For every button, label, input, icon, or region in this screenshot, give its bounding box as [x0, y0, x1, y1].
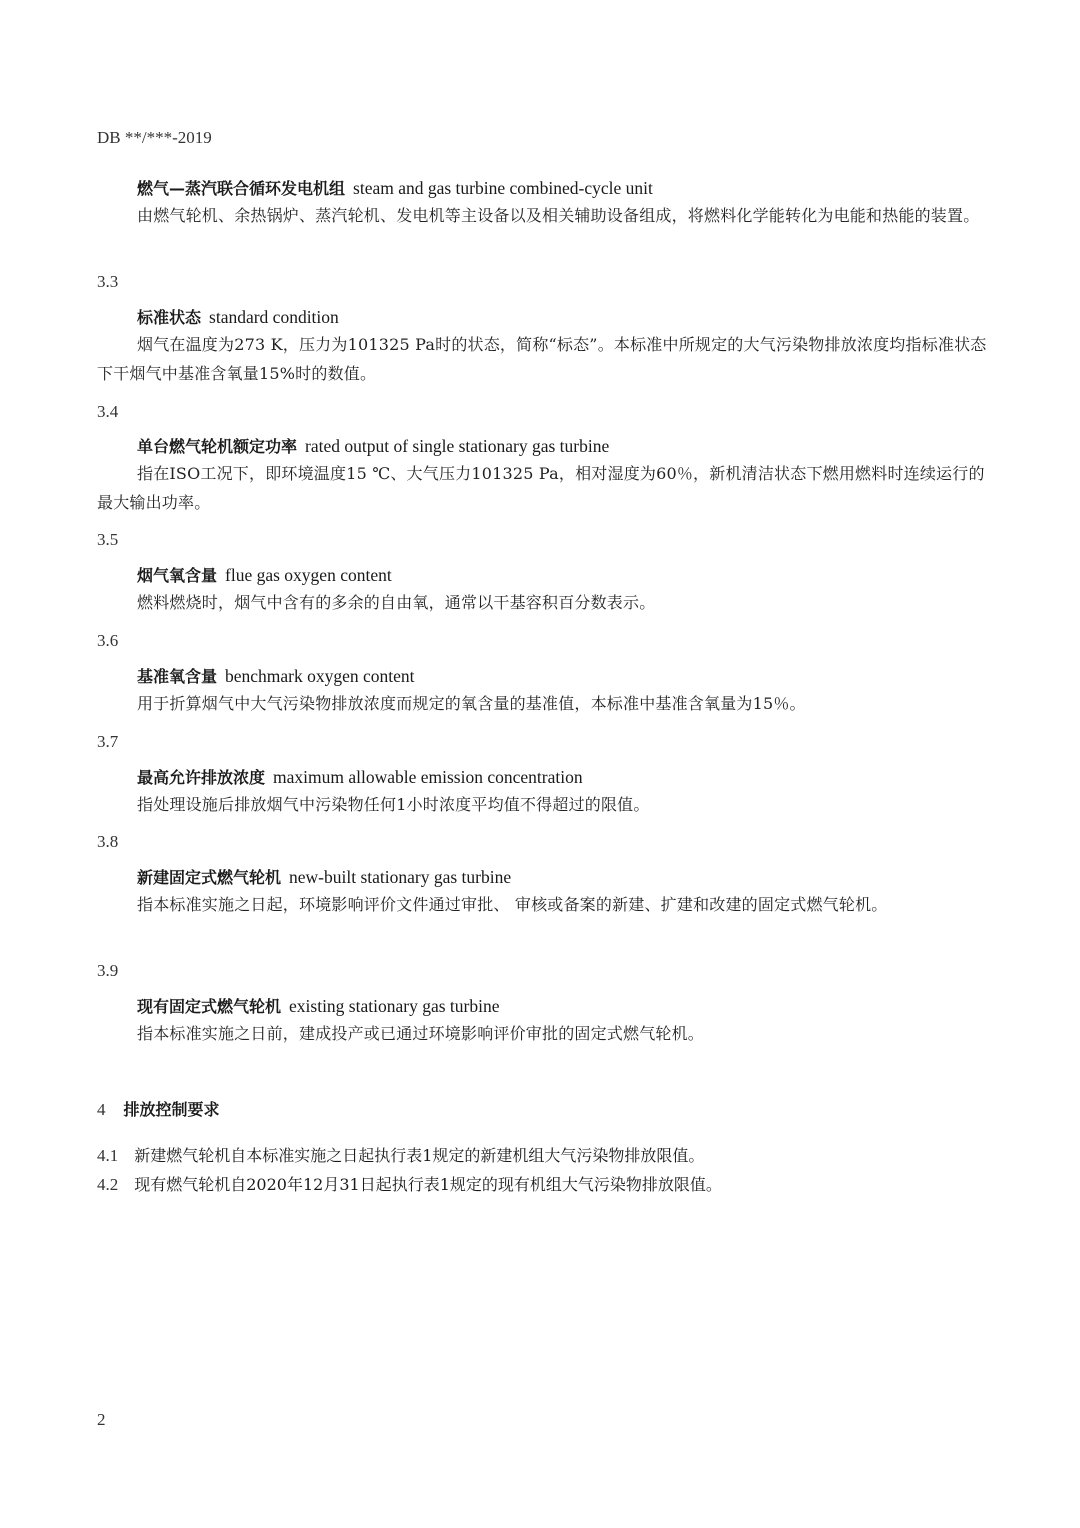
term-heading: 最高允许排放浓度maximum allowable emission conce…: [137, 765, 583, 788]
term-en: steam and gas turbine combined-cycle uni…: [353, 178, 653, 198]
clause-item: 4.1新建燃气轮机自本标准实施之日起执行表1规定的新建机组大气污染物排放限值。: [97, 1143, 704, 1166]
document-code: DB **/***-2019: [97, 128, 212, 148]
clause-number: 3.8: [97, 832, 118, 852]
page-number: 2: [97, 1410, 106, 1430]
term-zh: 现有固定式燃气轮机: [137, 997, 281, 1016]
term-zh: 基准氧含量: [137, 667, 217, 686]
term-zh: 最高允许排放浓度: [137, 768, 265, 787]
term-heading: 新建固定式燃气轮机new-built stationary gas turbin…: [137, 865, 511, 888]
term-en: flue gas oxygen content: [225, 565, 392, 585]
term-definition: 用于折算烟气中大气污染物排放浓度而规定的氧含量的基准值，本标准中基准含氧量为15…: [97, 689, 987, 718]
term-heading: 基准氧含量benchmark oxygen content: [137, 664, 415, 687]
term-en: existing stationary gas turbine: [289, 996, 499, 1016]
clause-item: 4.2现有燃气轮机自2020年12月31日起执行表1规定的现有机组大气污染物排放…: [97, 1172, 722, 1195]
term-en: new-built stationary gas turbine: [289, 867, 511, 887]
clause-text: 现有燃气轮机自2020年12月31日起执行表1规定的现有机组大气污染物排放限值。: [134, 1175, 722, 1194]
term-zh: 单台燃气轮机额定功率: [137, 437, 297, 456]
term-heading: 现有固定式燃气轮机existing stationary gas turbine: [137, 994, 499, 1017]
term-definition: 烟气在温度为273 K，压力为101325 Pa时的状态，简称“标态”。本标准中…: [97, 330, 987, 388]
clause-number: 3.6: [97, 631, 118, 651]
term-heading: 标准状态standard condition: [137, 305, 339, 328]
clause-number: 3.4: [97, 402, 118, 422]
section-number: 4: [97, 1100, 106, 1119]
clause-number: 4.2: [97, 1175, 118, 1194]
term-heading: 烟气氧含量flue gas oxygen content: [137, 563, 392, 586]
term-definition: 指在ISO工况下，即环境温度15 ℃、大气压力101325 Pa，相对湿度为60…: [97, 459, 987, 517]
section-title: 排放控制要求: [124, 1100, 220, 1119]
clause-number: 3.9: [97, 961, 118, 981]
term-heading: 单台燃气轮机额定功率rated output of single station…: [137, 434, 609, 457]
clause-number: 3.3: [97, 272, 118, 292]
term-definition: 由燃气轮机、余热锅炉、蒸汽轮机、发电机等主设备以及相关辅助设备组成，将燃料化学能…: [97, 201, 987, 230]
clause-number: 3.7: [97, 732, 118, 752]
term-heading: 燃气—蒸汽联合循环发电机组steam and gas turbine combi…: [137, 176, 653, 199]
section-heading: 4排放控制要求: [97, 1097, 220, 1120]
term-definition: 指本标准实施之日前，建成投产或已通过环境影响评价审批的固定式燃气轮机。: [97, 1019, 987, 1048]
clause-number: 3.5: [97, 530, 118, 550]
term-zh: 燃气—蒸汽联合循环发电机组: [137, 179, 345, 198]
term-definition: 指处理设施后排放烟气中污染物任何1小时浓度平均值不得超过的限值。: [97, 790, 987, 819]
term-en: rated output of single stationary gas tu…: [305, 436, 609, 456]
term-zh: 新建固定式燃气轮机: [137, 868, 281, 887]
term-definition: 燃料燃烧时，烟气中含有的多余的自由氧，通常以干基容积百分数表示。: [97, 588, 987, 617]
clause-number: 4.1: [97, 1146, 118, 1165]
term-zh: 烟气氧含量: [137, 566, 217, 585]
term-en: maximum allowable emission concentration: [273, 767, 583, 787]
clause-text: 新建燃气轮机自本标准实施之日起执行表1规定的新建机组大气污染物排放限值。: [134, 1146, 704, 1165]
term-zh: 标准状态: [137, 308, 201, 327]
term-en: benchmark oxygen content: [225, 666, 415, 686]
term-definition: 指本标准实施之日起，环境影响评价文件通过审批、 审核或备案的新建、扩建和改建的固…: [97, 890, 987, 919]
term-en: standard condition: [209, 307, 339, 327]
